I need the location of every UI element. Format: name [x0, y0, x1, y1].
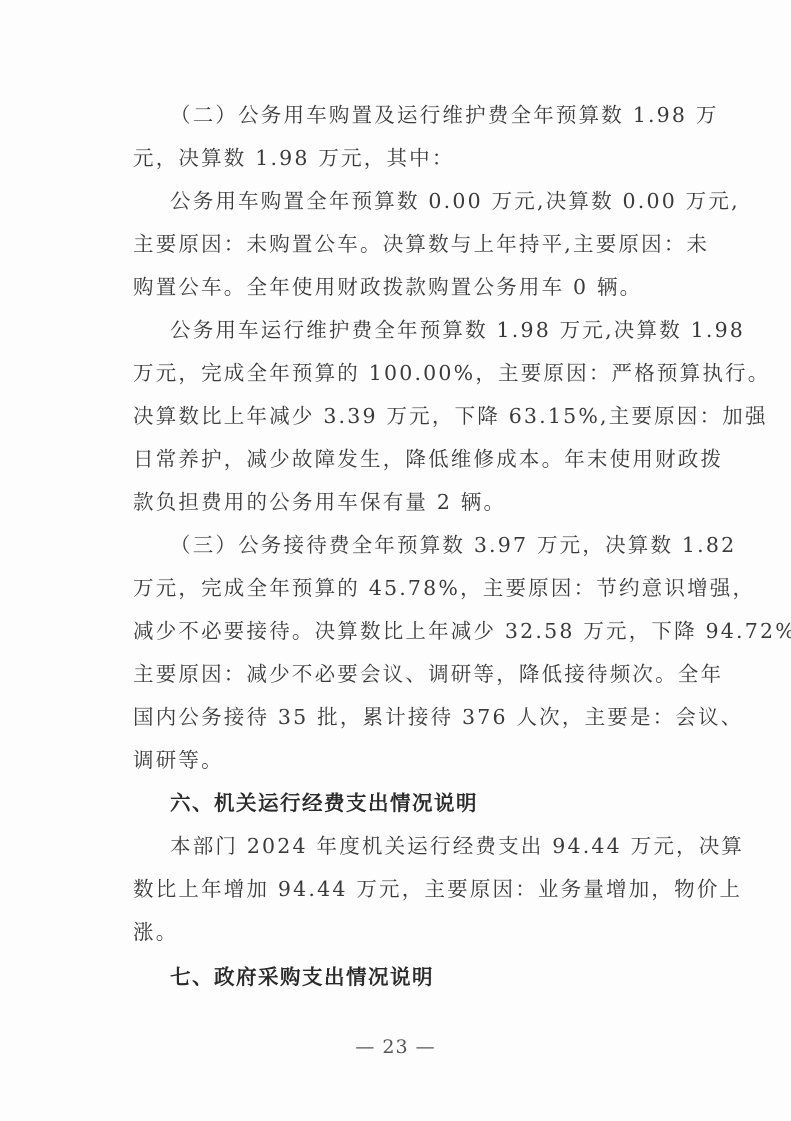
paragraph-line: （二）公务用车购置及运行维护费全年预算数 1.98 万 [170, 101, 693, 129]
section-heading: 七、政府采购支出情况说明 [170, 963, 693, 991]
paragraph-line: 万元，完成全年预算的 100.00%，主要原因：严格预算执行。 [133, 359, 693, 387]
paragraph-line: 本部门 2024 年度机关运行经费支出 94.44 万元，决算 [170, 832, 693, 860]
paragraph-line: 调研等。 [133, 746, 693, 774]
paragraph-line: 国内公务接待 35 批，累计接待 376 人次，主要是：会议、 [133, 703, 693, 731]
paragraph-line: 万元，完成全年预算的 45.78%，主要原因：节约意识增强， [133, 574, 693, 602]
paragraph-line: 款负担费用的公务用车保有量 2 辆。 [133, 488, 693, 516]
document-page: （二）公务用车购置及运行维护费全年预算数 1.98 万 元，决算数 1.98 万… [0, 0, 791, 1121]
paragraph-line: 主要原因：未购置公车。决算数与上年持平,主要原因：未 [133, 230, 693, 258]
paragraph-line: 元，决算数 1.98 万元，其中： [133, 144, 693, 172]
paragraph-line: 公务用车购置全年预算数 0.00 万元,决算数 0.00 万元, [170, 187, 693, 215]
paragraph-line: 主要原因：减少不必要会议、调研等，降低接待频次。全年 [133, 660, 693, 688]
paragraph-line: 减少不必要接待。决算数比上年减少 32.58 万元，下降 94.72%, [133, 617, 693, 645]
paragraph-line: 涨。 [133, 918, 693, 946]
paragraph-line: （三）公务接待费全年预算数 3.97 万元，决算数 1.82 [170, 531, 693, 559]
paragraph-line: 购置公车。全年使用财政拨款购置公务用车 0 辆。 [133, 273, 693, 301]
paragraph-line: 数比上年增加 94.44 万元，主要原因：业务量增加，物价上 [133, 875, 693, 903]
paragraph-line: 日常养护，减少故障发生，降低维修成本。年末使用财政拨 [133, 445, 693, 473]
paragraph-line: 决算数比上年减少 3.39 万元，下降 63.15%,主要原因：加强 [133, 402, 693, 430]
page-number: — 23 — [0, 1036, 791, 1058]
paragraph-line: 公务用车运行维护费全年预算数 1.98 万元,决算数 1.98 [170, 316, 693, 344]
section-heading: 六、机关运行经费支出情况说明 [170, 789, 693, 817]
